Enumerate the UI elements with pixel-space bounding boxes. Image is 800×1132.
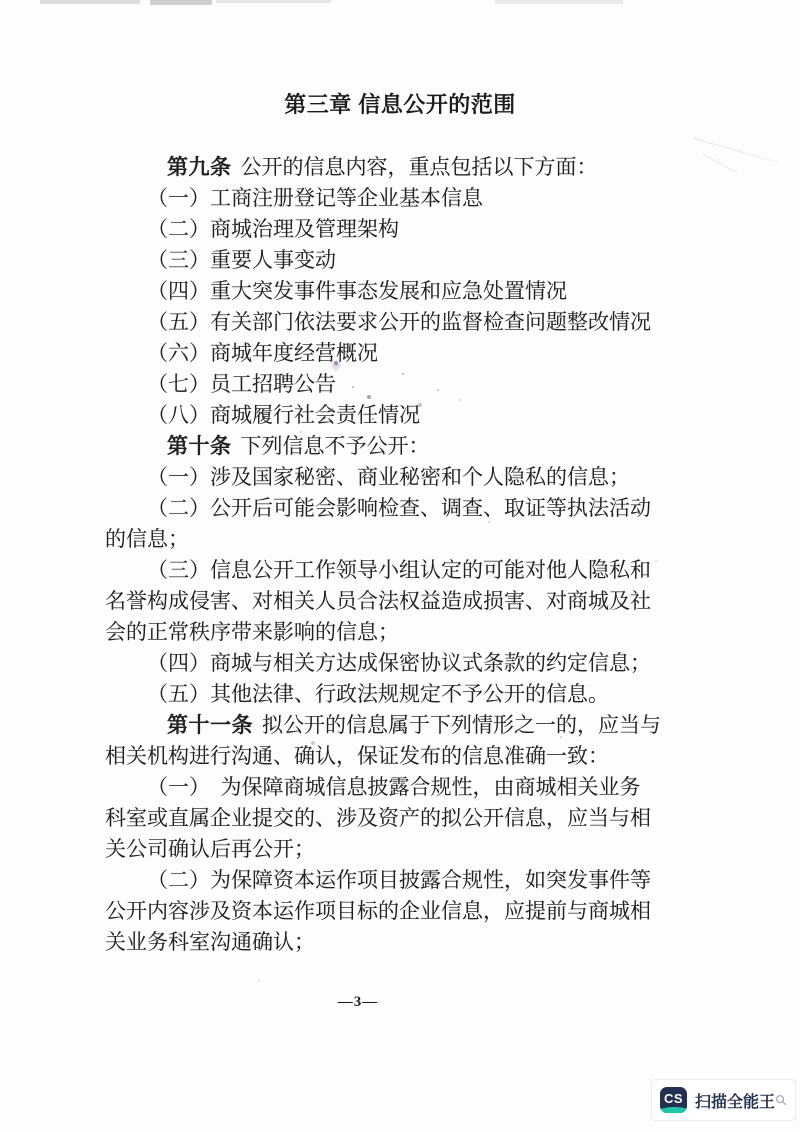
- document-body: 第九条公开的信息内容，重点包括以下方面：（一）工商注册登记等企业基本信息（二）商…: [105, 152, 705, 958]
- text-line: （三）重要人事变动: [105, 245, 705, 276]
- text-line: 会的正常秩序带来影响的信息；: [105, 617, 705, 648]
- page-number: —3—: [0, 994, 716, 1011]
- scan-scratch-artifact: [702, 154, 738, 174]
- chapter-title: 第三章 信息公开的范围: [0, 88, 800, 119]
- scanned-document-page: 第三章 信息公开的范围 第九条公开的信息内容，重点包括以下方面：（一）工商注册登…: [0, 0, 800, 1132]
- text-line: （一）工商注册登记等企业基本信息: [105, 183, 705, 214]
- text-line: （二）公开后可能会影响检查、调查、取证等执法活动: [105, 493, 705, 524]
- text-line: （四）重大突发事件事态发展和应急处置情况: [105, 276, 705, 307]
- scan-edge-artifact: [40, 0, 140, 4]
- text-line: 科室或直属企业提交的、涉及资产的拟公开信息，应当与相: [105, 803, 705, 834]
- text-line: 关业务科室沟通确认；: [105, 927, 705, 958]
- article-number: 第九条: [167, 156, 232, 179]
- article-number: 第十一条: [167, 714, 253, 737]
- scan-scratch-artifact: [694, 138, 779, 163]
- scan-edge-artifact: [150, 0, 212, 5]
- scan-edge-artifact: [216, 0, 331, 3]
- magnifier-icon[interactable]: [775, 1092, 787, 1108]
- article-line: 第十条下列信息不予公开：: [105, 431, 705, 462]
- text-line: （一） 为保障商城信息披露合规性，由商城相关业务: [105, 772, 705, 803]
- text-line: 公开内容涉及资本运作项目标的企业信息，应提前与商城相: [105, 896, 705, 927]
- text-line: （五）有关部门依法要求公开的监督检查问题整改情况: [105, 307, 705, 338]
- camscanner-logo-text: CS: [664, 1091, 683, 1106]
- text-line: （二）商城治理及管理架构: [105, 214, 705, 245]
- text-line: （八）商城履行社会责任情况: [105, 400, 705, 431]
- scan-noise-speckles: [0, 0, 2, 2]
- text-line: 名誉构成侵害、对相关人员合法权益造成损害、对商城及社: [105, 586, 705, 617]
- text-line: （七）员工招聘公告: [105, 369, 705, 400]
- article-line: 第十一条拟公开的信息属于下列情形之一的，应当与: [105, 710, 705, 741]
- text-line: （五）其他法律、行政法规规定不予公开的信息。: [105, 679, 705, 710]
- text-line: （六）商城年度经营概况: [105, 338, 705, 369]
- text-line: （三）信息公开工作领导小组认定的可能对他人隐私和: [105, 555, 705, 586]
- camscanner-badge[interactable]: CS 扫描全能王: [652, 1080, 795, 1120]
- text-line: 关公司确认后再公开；: [105, 834, 705, 865]
- text-line: 的信息；: [105, 524, 705, 555]
- text-line: 相关机构进行沟通、确认，保证发布的信息准确一致：: [105, 741, 705, 772]
- text-line: （四）商城与相关方达成保密协议式条款的约定信息；: [105, 648, 705, 679]
- article-line: 第九条公开的信息内容，重点包括以下方面：: [105, 152, 705, 183]
- article-number: 第十条: [167, 435, 232, 458]
- text-line: （一）涉及国家秘密、商业秘密和个人隐私的信息；: [105, 462, 705, 493]
- camscanner-app-name: 扫描全能王: [695, 1089, 775, 1112]
- scan-edge-artifact: [495, 0, 623, 4]
- text-line: （二）为保障资本运作项目披露合规性，如突发事件等: [105, 865, 705, 896]
- camscanner-logo-icon: CS: [660, 1087, 687, 1113]
